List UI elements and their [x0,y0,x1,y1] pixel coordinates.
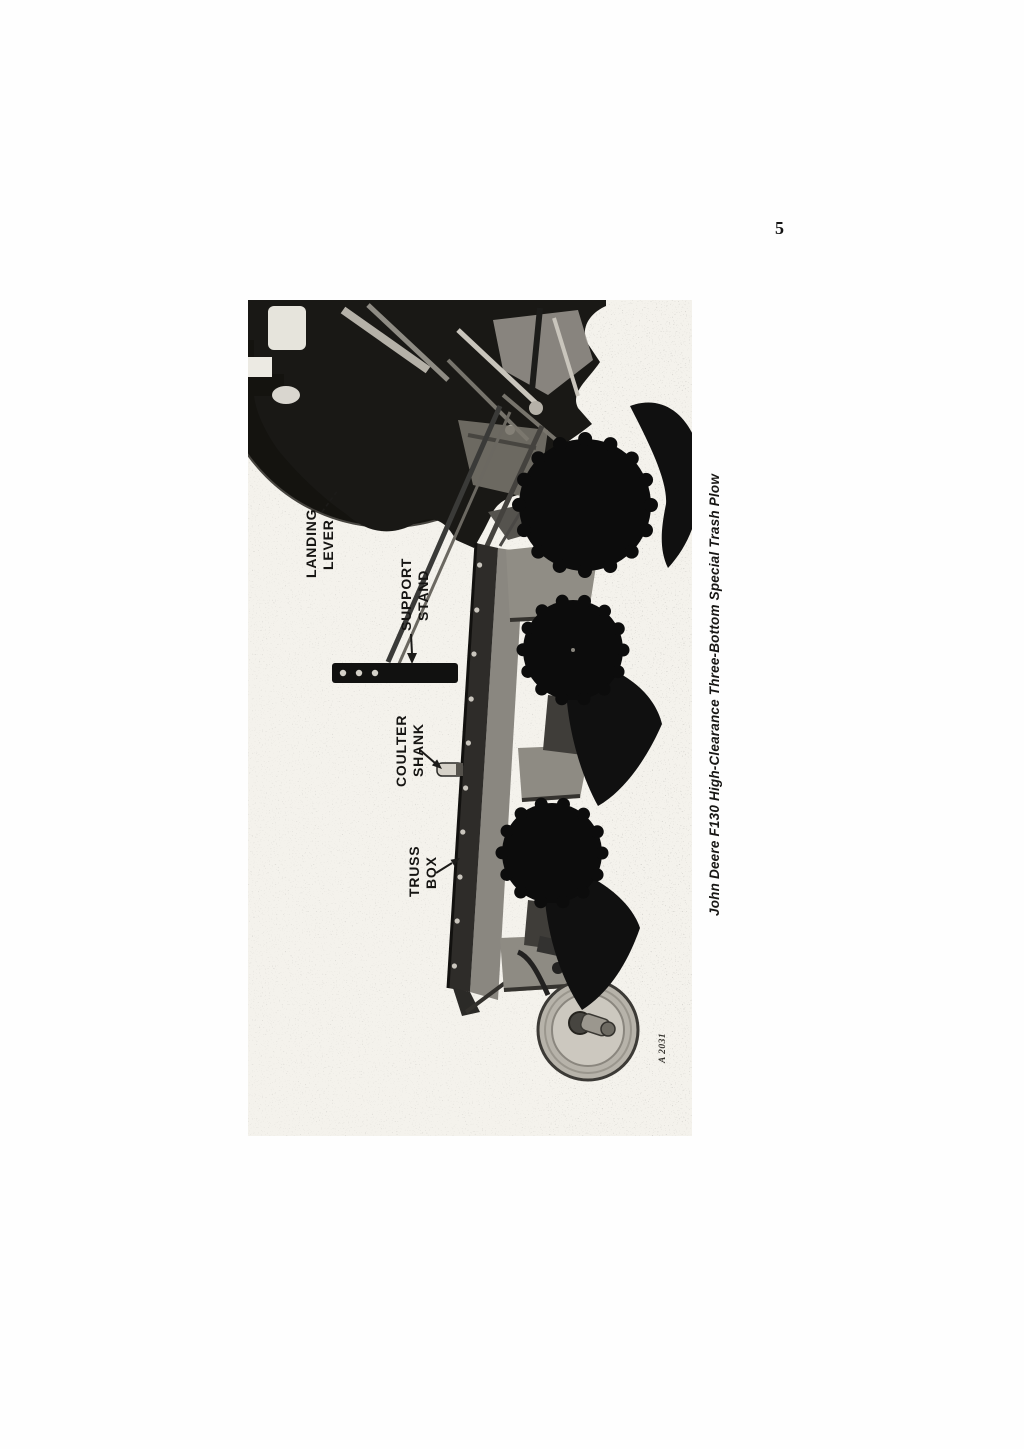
label-coulter-shank-line1: COULTER [393,715,409,787]
plow-illustration: LANDING LEVER SUPPORT STAND COULTER SHAN… [248,300,692,1136]
figure-photo: LANDING LEVER SUPPORT STAND COULTER SHAN… [248,300,692,1136]
label-truss-box-line2: BOX [423,856,439,889]
label-support-stand-line2: STAND [415,570,431,621]
stand-hole-1 [340,670,346,676]
manual-page: 5 [0,0,1024,1449]
label-support-stand-line1: SUPPORT [398,558,414,631]
tractor-window-patch [268,306,306,350]
stand-hole-3 [372,670,378,676]
label-coulter-shank-line2: SHANK [410,723,426,777]
page-number: 5 [775,218,805,239]
coulter-disc-1 [519,439,651,571]
stand-hole-2 [356,670,362,676]
coulter-shank-cap [456,763,463,776]
axle-cap [601,1022,615,1036]
tractor-left-notch [248,357,272,377]
tractor-light-spot [272,386,300,404]
leader-support-stand [411,634,412,654]
linkage-pin-1 [529,401,543,415]
support-stand-bar [332,663,458,683]
coulter-disc-3 [502,803,602,903]
figure-caption: John Deere F130 High-Clearance Three-Bot… [707,495,741,916]
photo-credit-mark: A 2031 [658,1033,668,1064]
coulter-disc-2 [523,600,623,700]
label-landing-lever-line2: LEVER [320,519,336,570]
label-truss-box-line1: TRUSS [406,846,422,897]
label-landing-lever-line1: LANDING [303,509,319,578]
